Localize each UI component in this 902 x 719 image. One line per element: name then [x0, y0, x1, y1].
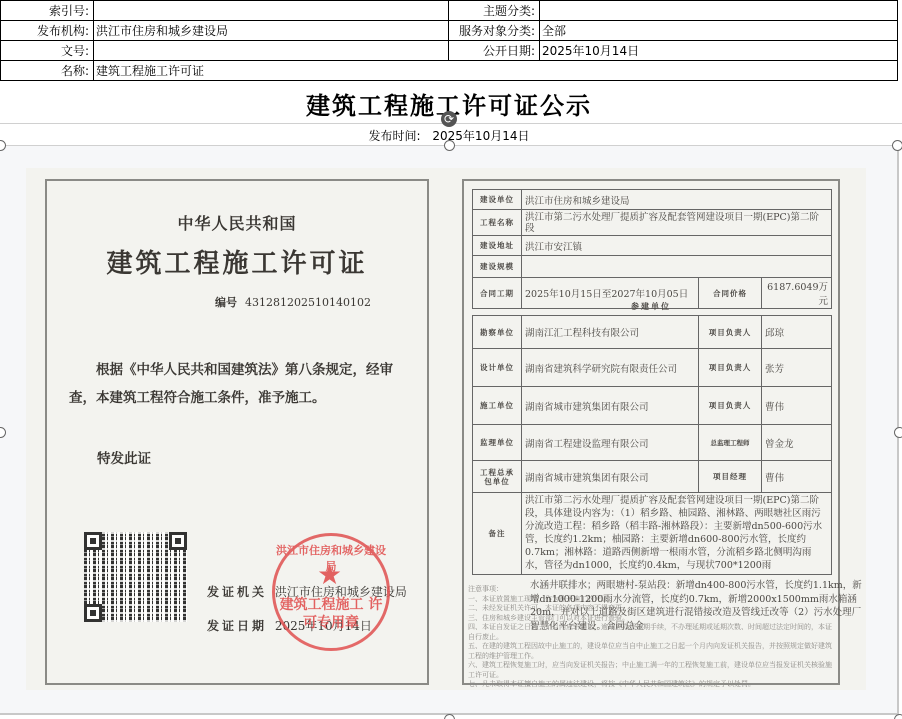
remarks-overflow: 水涵井联排水；两眼塘村-泵站段：新增dn400-800污水管，长度约1.1km，… [530, 579, 870, 633]
participant-person: 张芳 [762, 349, 832, 387]
resize-handle-bottom-right[interactable] [894, 714, 902, 719]
participant-person-role: 项目负责人 [699, 387, 762, 425]
participants-title: 参建单位 [464, 301, 838, 312]
topic-label: 主题分类: [449, 1, 540, 21]
audience-value: 全部 [540, 21, 898, 41]
name-value: 建筑工程施工许可证 [94, 61, 898, 81]
public-date-label: 公开日期: [449, 41, 540, 61]
certificate-number: 编号431281202510140102 [215, 294, 379, 310]
certificate-number-value: 431281202510140102 [245, 296, 371, 309]
seal-star-icon: ★ [317, 558, 342, 591]
topic-value [540, 1, 898, 21]
participant-person-role: 项目负责人 [699, 316, 762, 349]
meta-info-table: 索引号: 主题分类: 发布机构: 洪江市住房和城乡建设局 服务对象分类: 全部 … [0, 0, 898, 81]
seal-text: 建筑工程施工 许可专用章 [275, 596, 387, 632]
doc-no-value [94, 41, 449, 61]
resize-handle-top[interactable] [444, 140, 455, 151]
participant-person-role: 项目经理 [699, 461, 762, 493]
publisher-label: 发布机构: [1, 21, 94, 41]
certificate-front-page: 中华人民共和国 建筑工程施工许可证 编号431281202510140102 根… [45, 179, 429, 685]
resize-handle-bottom[interactable] [444, 714, 455, 719]
issuer-label: 发证机关 [207, 585, 267, 599]
qr-code-icon [84, 532, 187, 622]
participant-role: 工程总承包单位 [473, 461, 522, 493]
participant-person: 曹伟 [762, 387, 832, 425]
participant-company: 湖南省城市建筑集团有限公司 [522, 387, 699, 425]
index-label: 索引号: [1, 1, 94, 21]
participant-company: 湖南省城市建筑集团有限公司 [522, 461, 699, 493]
row-value: 洪江市第二污水处理厂提质扩容及配套管网建设项目一期(EPC)第二阶段 [522, 210, 832, 236]
participant-role: 设计单位 [473, 349, 522, 387]
official-seal-icon: 洪江市住房和城乡建设局 ★ 建筑工程施工 许可专用章 [272, 533, 390, 651]
row-key: 建设单位 [473, 190, 522, 210]
resize-handle-top-right[interactable] [892, 140, 902, 151]
participant-person: 邱琼 [762, 316, 832, 349]
participant-role: 施工单位 [473, 387, 522, 425]
publisher-value: 洪江市住房和城乡建设局 [94, 21, 449, 41]
row-key: 建设规模 [473, 256, 522, 278]
index-value [94, 1, 449, 21]
rotate-handle-icon[interactable]: ⟳ [441, 111, 457, 127]
participant-person-role: 总监理工程师 [699, 425, 762, 461]
remarks-label: 备注 [473, 493, 522, 575]
row-value [522, 256, 832, 278]
participant-person: 曾金龙 [762, 425, 832, 461]
doc-no-label: 文号: [1, 41, 94, 61]
issue-date-label: 发证日期 [207, 619, 267, 633]
certificate-body: 根据《中华人民共和国建筑法》第八条规定，经审查，本建筑工程符合施工条件，准予施工… [69, 356, 419, 412]
row-key: 工程名称 [473, 210, 522, 236]
certificate-country: 中华人民共和国 [47, 211, 427, 234]
resize-handle-right[interactable] [894, 427, 902, 438]
participants-table: 勘察单位 湖南江汇工程科技有限公司 项目负责人 邱琼 设计单位 湖南省建筑科学研… [472, 315, 832, 575]
participant-company: 湖南江汇工程科技有限公司 [522, 316, 699, 349]
name-label: 名称: [1, 61, 94, 81]
audience-label: 服务对象分类: [449, 21, 540, 41]
project-info-table: 建设单位 洪江市住房和城乡建设局 工程名称 洪江市第二污水处理厂提质扩容及配套管… [472, 189, 832, 309]
certificate-number-label: 编号 [215, 296, 237, 309]
remarks-value: 洪江市第二污水处理厂提质扩容及配套管网建设项目一期(EPC)第二阶段，具体建设内… [522, 493, 832, 575]
participant-person-role: 项目负责人 [699, 349, 762, 387]
certificate-special: 特发此证 [97, 447, 151, 467]
participant-person: 曹伟 [762, 461, 832, 493]
certificate-title: 建筑工程施工许可证 [47, 243, 427, 280]
participant-company: 湖南省工程建设监理有限公司 [522, 425, 699, 461]
certificate-detail-page: 建设单位 洪江市住房和城乡建设局 工程名称 洪江市第二污水处理厂提质扩容及配套管… [462, 179, 840, 685]
participant-role: 勘察单位 [473, 316, 522, 349]
row-value: 洪江市住房和城乡建设局 [522, 190, 832, 210]
public-date-value: 2025年10月14日 [540, 41, 898, 61]
row-key: 建设地址 [473, 236, 522, 256]
participant-company: 湖南省建筑科学研究院有限责任公司 [522, 349, 699, 387]
participant-role: 监理单位 [473, 425, 522, 461]
row-value: 洪江市安江镇 [522, 236, 832, 256]
publish-time-label: 发布时间: [369, 129, 421, 143]
